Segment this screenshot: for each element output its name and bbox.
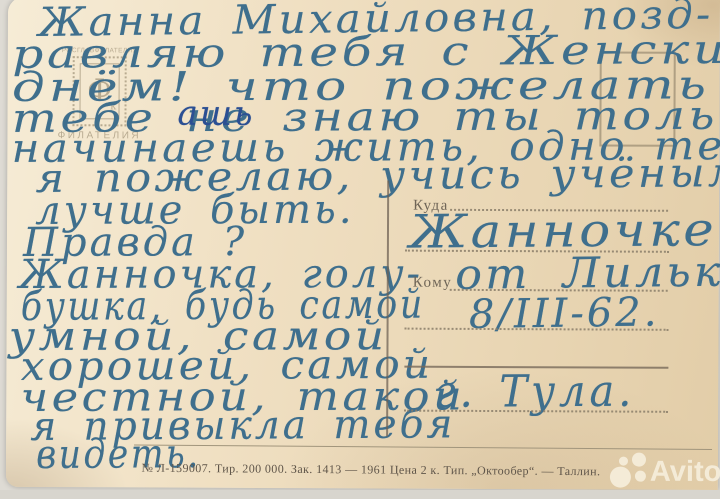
- city-handwriting: г. Тула.: [434, 370, 635, 415]
- komu-label: Кому: [413, 275, 453, 292]
- avito-logo-icon: [610, 467, 631, 488]
- avito-logo-icon: [632, 453, 646, 467]
- avito-wordmark: Avito: [650, 456, 720, 489]
- photo-background-edge: [0, 490, 720, 499]
- ink-correction: ашь: [177, 97, 254, 131]
- postcard-back: РОСГЛАВФИЛАТЕЛИЯ Ф к ФИЛАТЕЛИЯ Жанна Мих…: [6, 0, 720, 490]
- avito-logo-icon: [619, 457, 628, 466]
- avito-logo-icon: [635, 471, 646, 482]
- avito-watermark: Avito: [610, 452, 720, 495]
